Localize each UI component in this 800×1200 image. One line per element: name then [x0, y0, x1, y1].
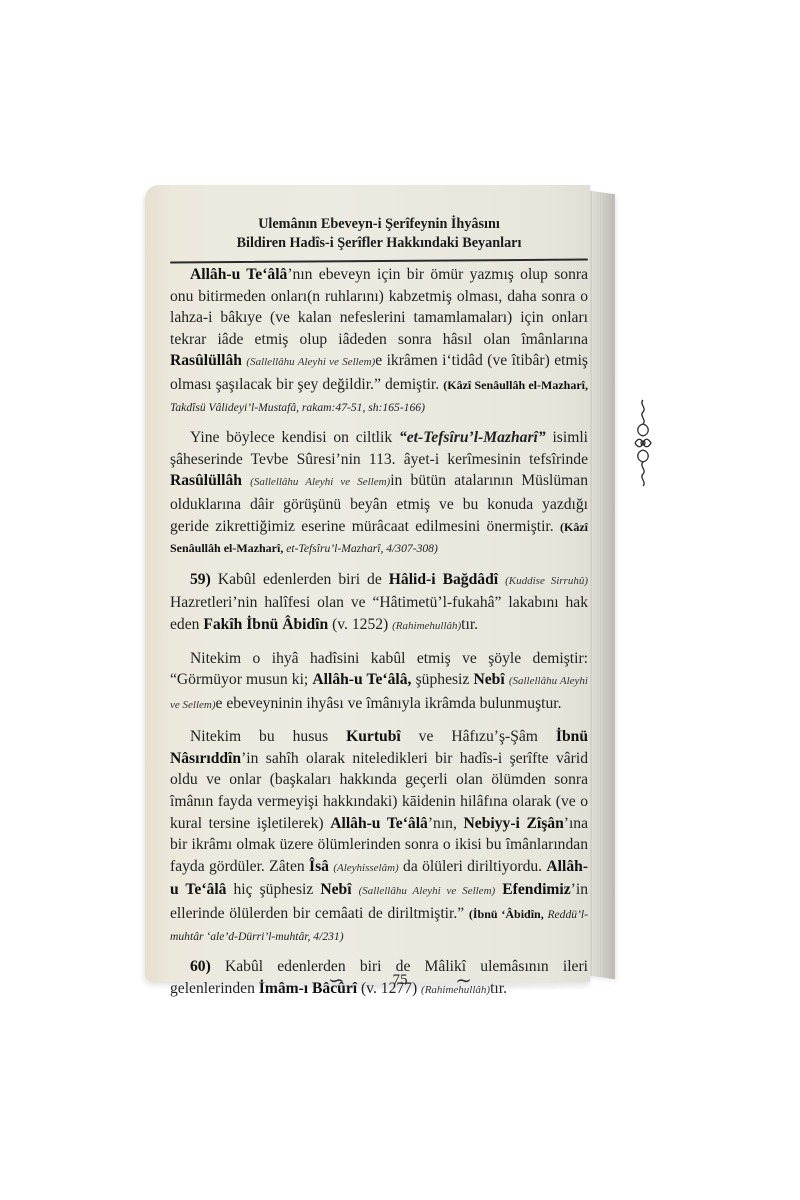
paragraph-59: 59) Kabûl edenlerden biri de Hâlid-i Bağ… — [170, 569, 588, 638]
honorific: (Aleyhisselâm) — [333, 862, 398, 874]
header-line-1: Ulemânın Ebeveyn-i Şerîfeynin İhyâsını — [168, 215, 590, 234]
honorific: (Sallellâhu Aleyhi ve Sellem) — [246, 356, 375, 368]
page-footer: ∽ 75 ∼ — [300, 968, 500, 993]
running-header: Ulemânın Ebeveyn-i Şerîfeynin İhyâsını B… — [168, 215, 590, 253]
paragraph-4: Nitekim o ihyâ hadîsini kabûl etmiş ve ş… — [170, 648, 588, 717]
flourish-right-icon: ∼ — [455, 968, 472, 993]
item-number: 59) — [190, 571, 211, 588]
paragraph-2: Yine böylece kendisi on ciltlik “et-Tefs… — [170, 427, 588, 559]
honorific: (Sallellâhu Aleyhi ve Sellem) — [250, 476, 390, 488]
honorific: (Sallellâhu Aleyhi ve Sellem) — [359, 885, 496, 897]
page-body: Allâh-u Te‘âlâ’nın ebeveyn için bir ömür… — [170, 264, 588, 1011]
honorific: (Rahimehullâh) — [392, 620, 461, 632]
honorific: (Kuddise Sirruhû) — [505, 575, 588, 587]
paragraph-1: Allâh-u Te‘âlâ’nın ebeveyn için bir ömür… — [170, 264, 588, 417]
page-number: 75 — [393, 972, 408, 988]
flourish-left-icon: ∽ — [328, 968, 345, 993]
header-line-2: Bildiren Hadîs-i Şerîfler Hakkındaki Bey… — [168, 234, 590, 253]
paragraph-5: Nitekim bu husus Kurtubî ve Hâfızu’ş-Şâm… — [170, 726, 588, 946]
item-number: 60) — [190, 958, 211, 975]
scroll-ornament-icon — [632, 398, 654, 488]
